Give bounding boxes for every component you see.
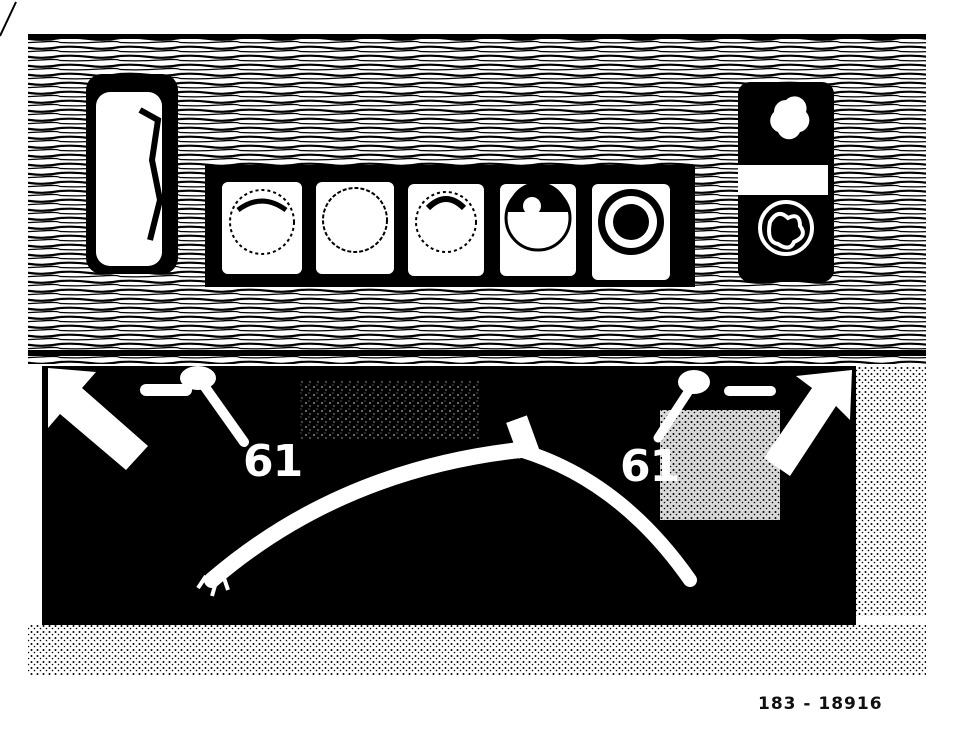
figure-reference-number: 183 - 18916: [758, 694, 883, 714]
switch-4: [500, 182, 576, 276]
switch-5: [592, 184, 670, 280]
callout-label-left: 61: [243, 440, 302, 484]
callout-label-right: 61: [620, 445, 679, 489]
lower-cavity: [28, 366, 926, 675]
dashboard-switch-panel-photo: [0, 0, 960, 735]
light-switch: [86, 74, 178, 274]
switch-1: [222, 182, 302, 274]
switch-row: [205, 165, 695, 287]
scan-artifact-line: [0, 2, 16, 36]
switch-3: [408, 184, 484, 276]
fan-control-housing: [738, 82, 834, 282]
switch-2: [316, 182, 394, 274]
